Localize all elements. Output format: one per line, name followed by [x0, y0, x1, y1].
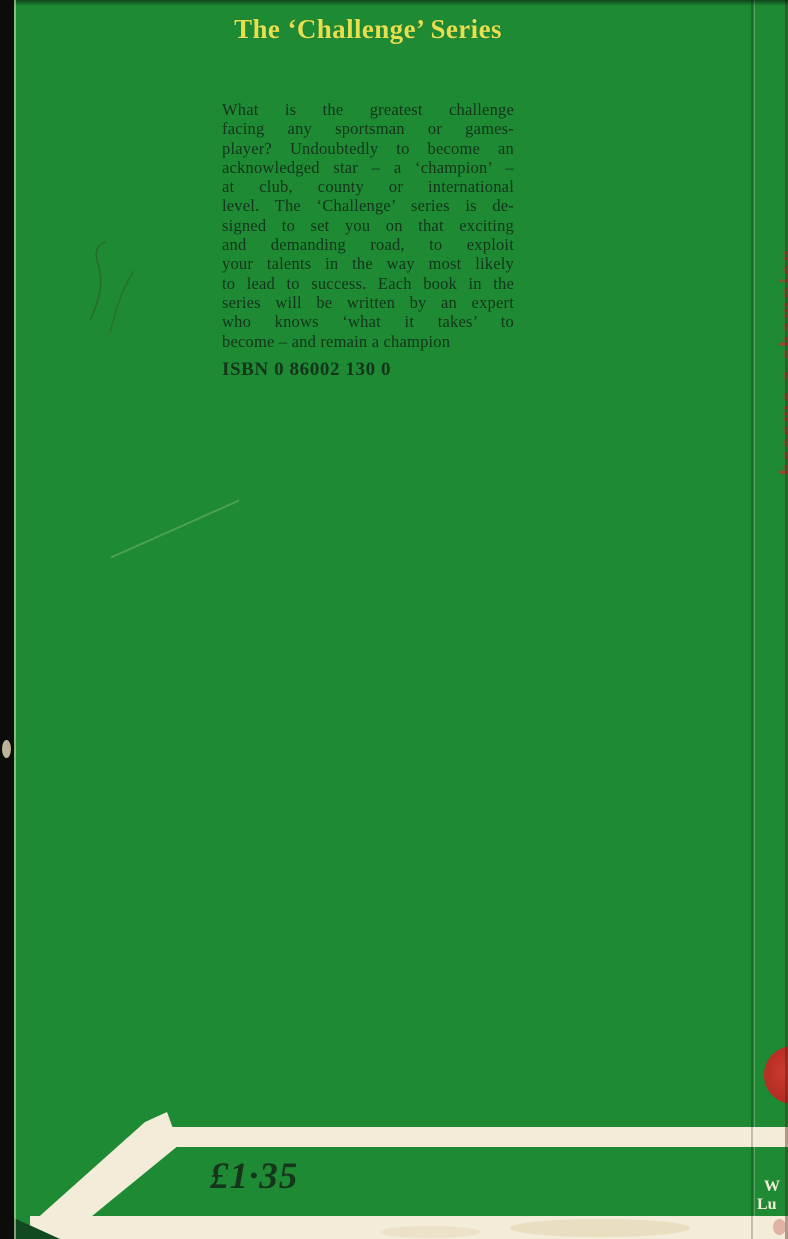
blurb-paragraph: What is the greatest challenge facing an… [222, 100, 514, 351]
publisher-initial: W [757, 1178, 788, 1196]
blurb-line: at club, county or international [222, 177, 514, 196]
blurb-line: level. The ‘Challenge’ series is de- [222, 196, 514, 215]
publisher-mark: W Lu [757, 1178, 788, 1214]
pencil-scribble [78, 235, 148, 340]
spine-crease [751, 0, 753, 1239]
isbn-text: ISBN 0 86002 130 0 [222, 359, 522, 381]
blurb-line: facing any sportsman or games- [222, 119, 514, 138]
blurb-line: your talents in the way most likely [222, 254, 514, 273]
blurb-line: acknowledged star – a ‘champion’ – [222, 158, 514, 177]
spine-crease-highlight [754, 0, 755, 1239]
book-edge-left [0, 0, 14, 1239]
stain-mark [510, 1219, 690, 1237]
stain-mark [380, 1226, 480, 1238]
stripe-design [0, 1100, 788, 1239]
series-title: The ‘Challenge’ Series [222, 14, 514, 45]
blurb-line: player? Undoubtedly to become an [222, 139, 514, 158]
book-back-cover: The ‘Challenge’ Series What is the great… [0, 0, 788, 1239]
blurb-line: to lead to success. Each book in the [222, 274, 514, 293]
crease-scratch [111, 500, 240, 559]
page-edge-shadow-top [0, 0, 788, 6]
paper-speck [2, 740, 11, 758]
blurb-line: become – and remain a champion [222, 332, 514, 351]
ink-smudge [773, 1219, 786, 1235]
blurb-line: signed to set you on that exciting [222, 216, 514, 235]
publisher-name-fragment: Lu [757, 1196, 788, 1214]
blurb-line: What is the greatest challenge [222, 100, 514, 119]
blurb-line: who knows ‘what it takes’ to [222, 312, 514, 331]
price-label: £1·35 [210, 1155, 350, 1198]
blurb-line: series will be written by an expert [222, 293, 514, 312]
book-edge-highlight [14, 0, 16, 1239]
blurb-line: and demanding road, to exploit [222, 235, 514, 254]
horizontal-stripe [150, 1127, 788, 1147]
